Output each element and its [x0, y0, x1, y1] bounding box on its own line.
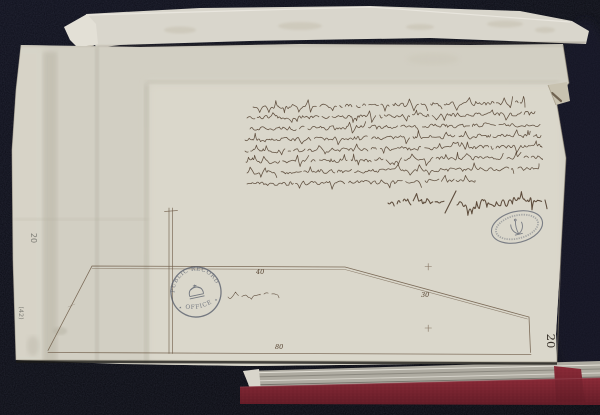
photo-stage: 40 30 80 PUBLIC RECORD OFFICE ★ ★ [0, 0, 600, 415]
measurement-30: 30 [421, 291, 429, 299]
manuscript-photo: 40 30 80 PUBLIC RECORD OFFICE ★ ★ [0, 0, 600, 415]
pencil-shelfmark: (42) [17, 306, 25, 319]
document-page: 40 30 80 PUBLIC RECORD OFFICE ★ ★ [10, 44, 570, 368]
measurement-40: 40 [255, 268, 264, 276]
pencil-folio-number: 20 [29, 233, 38, 243]
ink-folio-number: 20 [544, 334, 558, 349]
measurement-80: 80 [275, 343, 283, 351]
